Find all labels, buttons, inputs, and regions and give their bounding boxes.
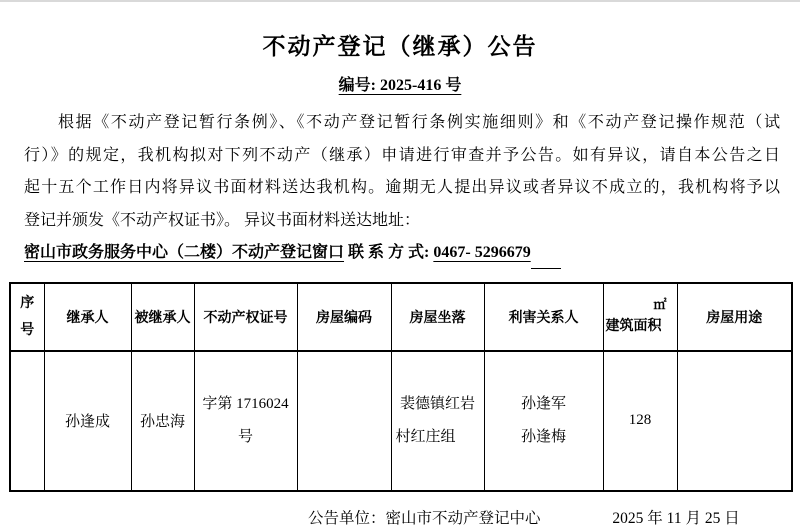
footer-line: 公告单位：密山市不动产登记中心 2025 年 11 月 25 日 bbox=[308, 506, 800, 528]
col-header-location: 房屋坐落 bbox=[391, 283, 484, 351]
body-line-2: 行）》的规定，我机构拟对下列不动产（继承）申请进行审查并予公告。如有异议，请自本… bbox=[24, 140, 780, 173]
cell-stakeholders: 孙逢军 孙逢梅 bbox=[484, 351, 603, 491]
col-header-area: ㎡ 建筑面积 bbox=[603, 283, 677, 351]
doc-number-line: 编号: 2025-416 号 bbox=[0, 72, 800, 95]
cell-area: 128 bbox=[603, 351, 677, 491]
notice-body: 根据《不动产登记暂行条例》、《不动产登记暂行条例实施细则》和《不动产登记操作规范… bbox=[24, 107, 780, 237]
announcement-date: 2025 年 11 月 25 日 bbox=[612, 510, 739, 527]
cell-location: 裴德镇红岩 村红庄组 bbox=[391, 351, 484, 491]
phone-underline-extension bbox=[531, 250, 561, 269]
address-contact-line: 密山市政务服务中心（二楼）不动产登记窗口 联 系 方 式: 0467- 5296… bbox=[24, 237, 780, 270]
body-line-1: 根据《不动产登记暂行条例》、《不动产登记暂行条例实施细则》和《不动产登记操作规范… bbox=[24, 107, 780, 140]
col-header-certificate-no: 不动产权证号 bbox=[194, 283, 297, 351]
col-header-heir: 继承人 bbox=[44, 283, 131, 351]
cell-certificate-no: 字第 1716024 号 bbox=[194, 351, 297, 491]
col-header-decedent: 被继承人 bbox=[131, 283, 194, 351]
announcing-unit: 公告单位：密山市不动产登记中心 bbox=[308, 510, 541, 527]
delivery-address: 密山市政务服务中心（二楼）不动产登记窗口 bbox=[24, 244, 344, 261]
cell-usage bbox=[677, 351, 792, 491]
area-unit: ㎡ bbox=[604, 295, 677, 315]
inheritance-notice-table: 序号 继承人 被继承人 不动产权证号 房屋编码 房屋坐落 利害关系人 ㎡ 建筑面… bbox=[9, 282, 793, 492]
cell-heir: 孙逢成 bbox=[44, 351, 131, 491]
area-label: 建筑面积 bbox=[604, 315, 677, 339]
doc-number-text: 编号: 2025-416 号 bbox=[339, 77, 462, 94]
col-header-house-code: 房屋编码 bbox=[297, 283, 391, 351]
cell-decedent: 孙忠海 bbox=[131, 351, 194, 491]
cell-index bbox=[10, 351, 44, 491]
body-line-4: 登记并颁发《不动产权证书》。 异议书面材料送达地址： bbox=[24, 205, 780, 238]
col-header-stakeholders: 利害关系人 bbox=[484, 283, 603, 351]
page-title: 不动产登记（继承）公告 bbox=[0, 28, 800, 61]
body-line-3: 起十五个工作日内将异议书面材料送达我机构。逾期无人提出异议或者异议不成立的，我机… bbox=[24, 172, 780, 205]
table-header-row: 序号 继承人 被继承人 不动产权证号 房屋编码 房屋坐落 利害关系人 ㎡ 建筑面… bbox=[10, 283, 792, 351]
top-divider-line bbox=[0, 0, 800, 2]
contact-label: 联 系 方 式: bbox=[348, 244, 429, 261]
col-header-index: 序号 bbox=[10, 283, 44, 351]
contact-phone: 0467- 5296679 bbox=[433, 244, 530, 261]
col-header-usage: 房屋用途 bbox=[677, 283, 792, 351]
cell-house-code bbox=[297, 351, 391, 491]
table-row: 孙逢成 孙忠海 字第 1716024 号 裴德镇红岩 村红庄组 孙逢军 孙逢梅 … bbox=[10, 351, 792, 491]
